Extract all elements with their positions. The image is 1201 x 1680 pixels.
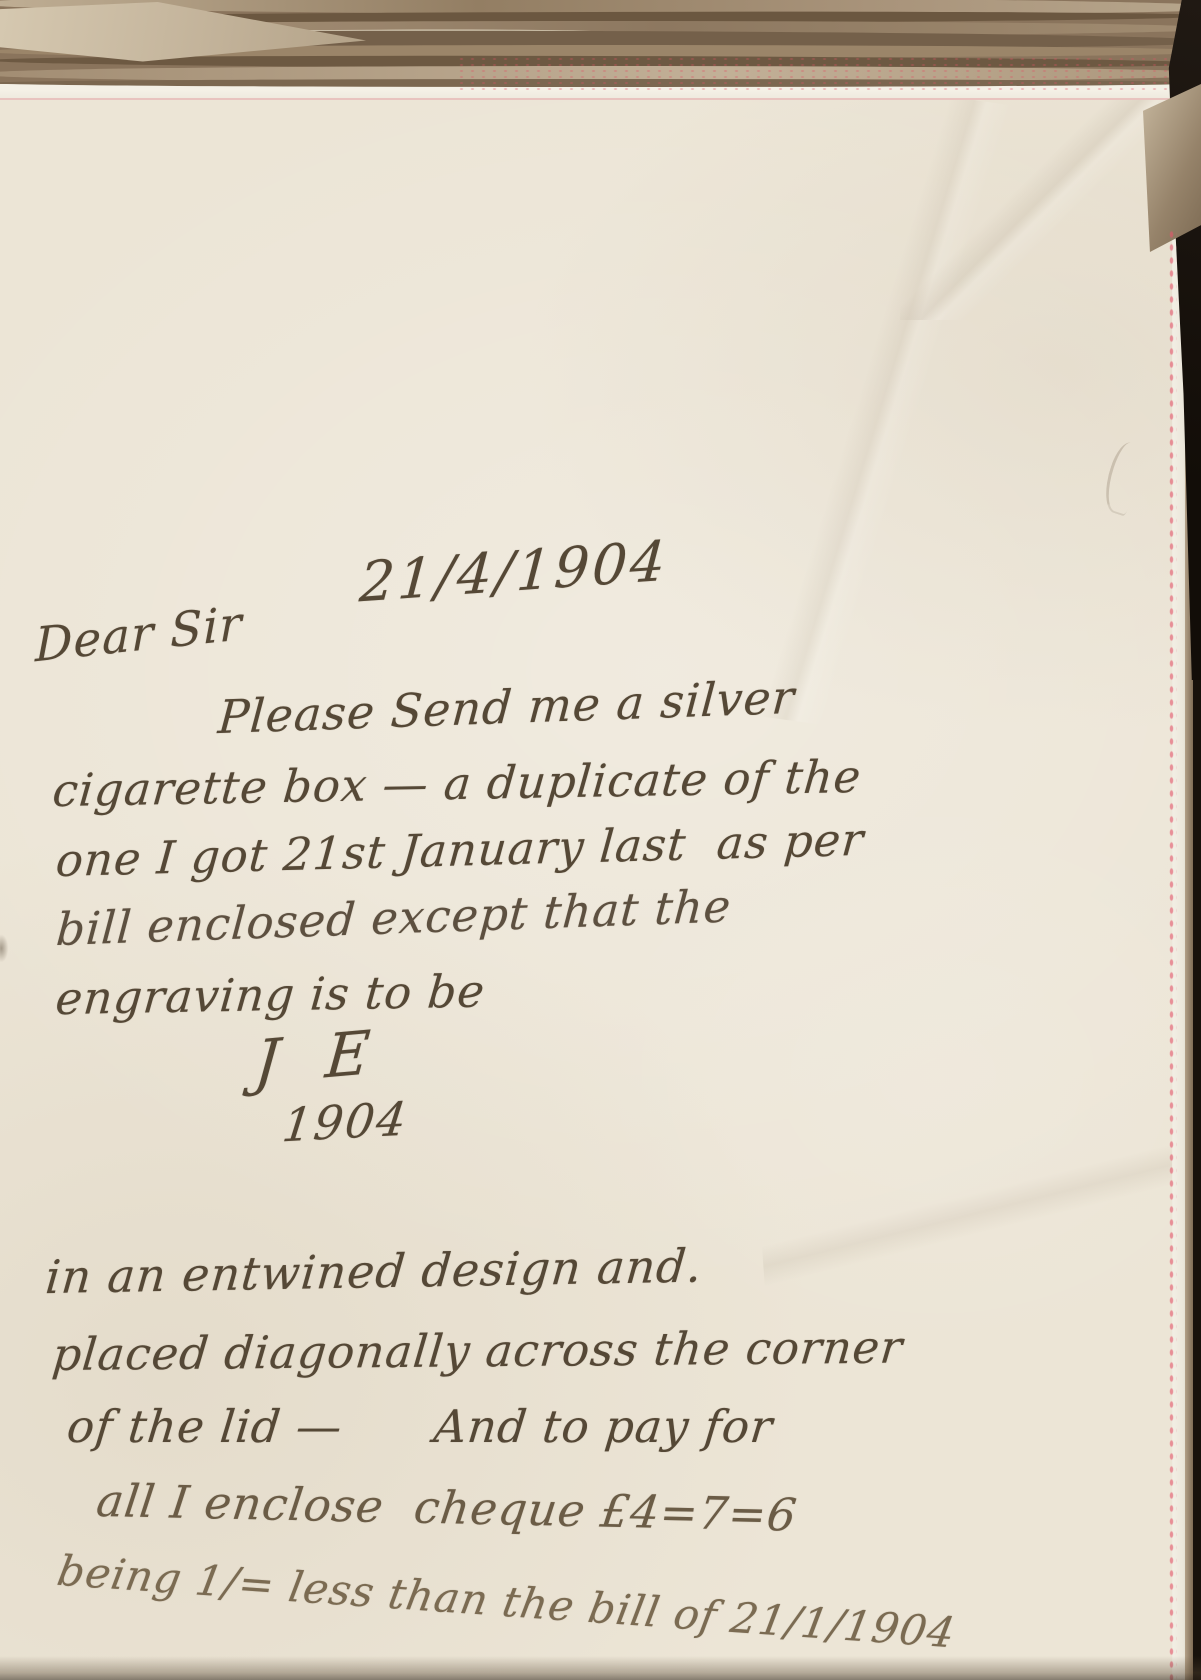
paper-crease bbox=[751, 1064, 1201, 1355]
letter-line: engraving is to be bbox=[54, 967, 488, 1024]
binding-paper-fold bbox=[1143, 84, 1201, 252]
letter-date: 21/4/1904 bbox=[358, 530, 671, 613]
letter-line: Please Send me a silver bbox=[216, 672, 796, 743]
letter-line: in an entwined design and. bbox=[44, 1241, 705, 1303]
letter-paper: 21/4/1904 Dear Sir Please Send me a silv… bbox=[0, 0, 1201, 1680]
red-edge-speckles-right bbox=[1168, 228, 1177, 1680]
paper-crease bbox=[578, 57, 1182, 763]
letter-line: one I got 21st January last as per bbox=[54, 815, 866, 886]
letter-line: being 1/= less than the bill of 21/1/190… bbox=[54, 1548, 959, 1656]
red-edge-speckles-top bbox=[456, 56, 1201, 90]
stray-pencil-mark bbox=[1098, 439, 1148, 516]
letter-line: placed diagonally across the corner bbox=[50, 1323, 905, 1380]
monogram-year: 1904 bbox=[280, 1093, 411, 1151]
ink-smudge bbox=[0, 930, 14, 976]
letter-line: of the lid — And to pay for bbox=[65, 1402, 776, 1452]
letter-salutation: Dear Sir bbox=[35, 598, 242, 672]
monogram-initials: J E bbox=[252, 1019, 386, 1097]
letter-book-scan: 21/4/1904 Dear Sir Please Send me a silv… bbox=[0, 0, 1201, 1680]
letter-line: bill enclosed except that the bbox=[55, 881, 733, 954]
letter-line: cigarette box — a duplicate of the bbox=[51, 752, 864, 816]
letter-line: all I enclose cheque £4=7=6 bbox=[94, 1476, 800, 1540]
page-bottom-shadow bbox=[0, 1656, 1201, 1680]
